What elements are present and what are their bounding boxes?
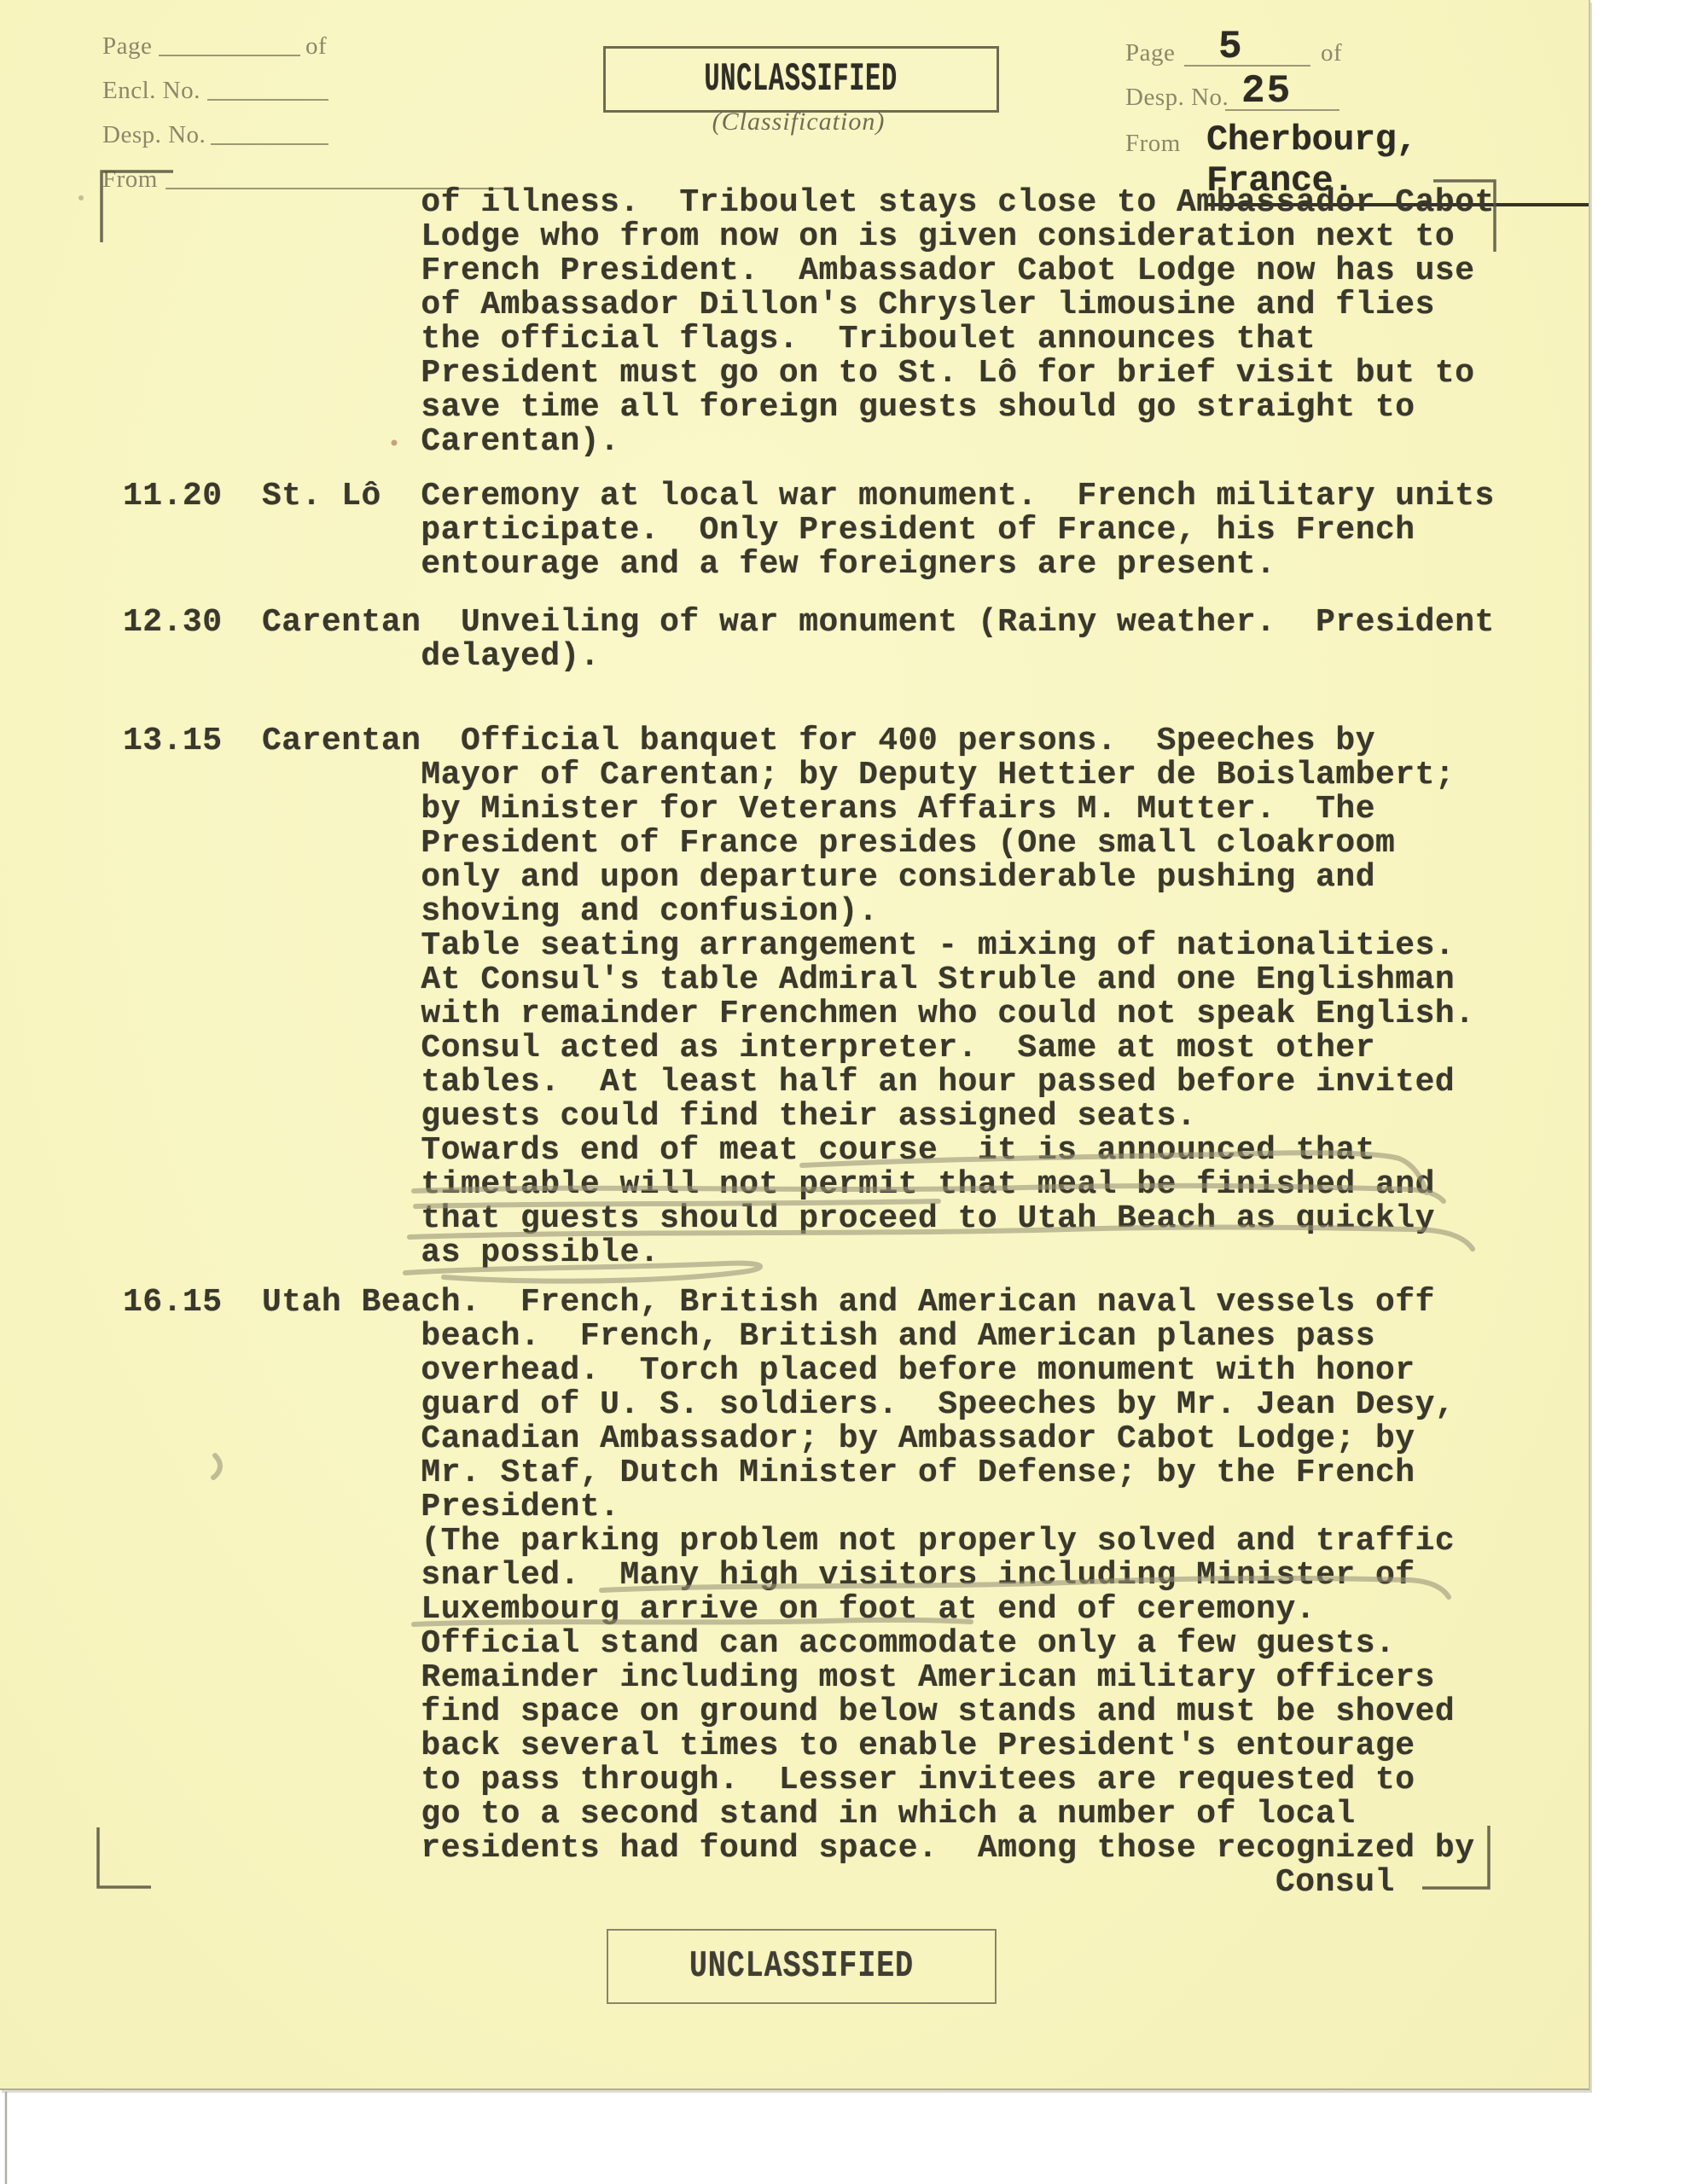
page-blank-line-right — [1184, 65, 1310, 67]
entry-time: 13.15 — [123, 724, 223, 758]
page-label-right: Page — [1125, 39, 1175, 67]
page-label-left: Page — [102, 32, 152, 60]
desp-number-value: 25 — [1241, 72, 1292, 111]
desp-no-label-right: Desp. No. — [1125, 84, 1229, 111]
smudge-dot — [78, 195, 84, 200]
desp-no-label-left: Desp. No. — [102, 121, 206, 148]
page-number-value: 5 — [1218, 27, 1242, 67]
unclassified-stamp-bottom: UNCLASSIFIED — [689, 1945, 914, 1988]
consul-signature: Consul — [1276, 1866, 1395, 1900]
entry-time: 16.15 — [123, 1286, 223, 1320]
document-page: Page of Encl. No. Desp. No. From UNCLASS… — [0, 0, 1590, 2090]
from-label-left: From — [102, 166, 158, 193]
from-label-right: From — [1125, 130, 1181, 157]
desp-blank-line-left — [211, 143, 328, 145]
classification-stamp-box-bottom: UNCLASSIFIED — [607, 1929, 997, 2004]
entry-text: of illness. Triboulet stays close to Amb… — [262, 186, 1495, 459]
of-label-left: of — [305, 32, 327, 60]
scanned-document: { "colors": { "paper": "#f8f5c1", "ink":… — [0, 0, 1691, 2184]
unclassified-stamp-top: UNCLASSIFIED — [705, 57, 898, 102]
entry-text: Carentan Unveiling of war monument (Rain… — [262, 606, 1495, 674]
entry-text: St. Lô Ceremony at local war monument. F… — [262, 479, 1495, 582]
pencil-check-mark — [213, 1455, 220, 1478]
entry-time: 11.20 — [123, 479, 223, 514]
entry-time: 12.30 — [123, 606, 223, 640]
classification-stamp-box-top: UNCLASSIFIED — [603, 46, 999, 113]
encl-no-label: Encl. No. — [102, 77, 200, 104]
classification-caption: (Classification) — [603, 107, 994, 136]
corner-mark-bottom-left — [98, 1827, 151, 1887]
entry-text: Carentan Official banquet for 400 person… — [262, 724, 1475, 1270]
of-label-right: of — [1321, 39, 1342, 67]
page-blank-line-left — [159, 55, 300, 56]
encl-blank-line — [207, 99, 328, 101]
entry-text: Utah Beach. French, British and American… — [262, 1286, 1475, 1866]
